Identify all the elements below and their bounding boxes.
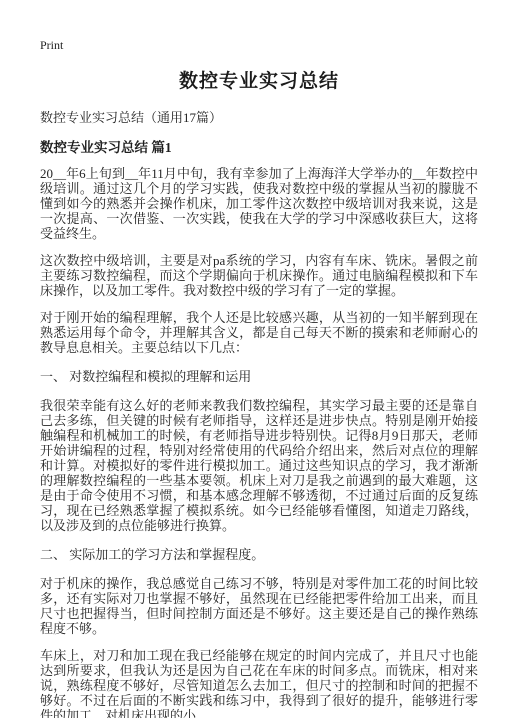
paragraph: 20__年6上旬到__年11月中旬，我有幸参加了上海海洋大学举办的__年数控中级… bbox=[40, 166, 478, 241]
paragraph: 这次数控中级培训，主要是对pa系统的学习，内容有车床、铣床。暑假之前主要练习数控… bbox=[40, 253, 478, 298]
paragraph: 对于机床的操作，我总感觉自己练习不够，特别是对零件加工花的时间比较多，还有实际对… bbox=[40, 576, 478, 636]
print-link[interactable]: Print bbox=[40, 38, 63, 52]
article-subtitle: 数控专业实习总结（通用17篇） bbox=[40, 110, 478, 126]
paragraph: 车床上，对刀和加工现在我已经能够在规定的时间内完成了，并且尺寸也能达到所要求，但… bbox=[40, 648, 478, 718]
paragraph: 我很荣幸能有这么好的老师来教我们数控编程，其实学习最主要的还是靠自己去多练，但关… bbox=[40, 398, 478, 533]
paragraph: 对于刚开始的编程理解，我个人还是比较感兴趣，从当初的一知半解到现在熟悉运用每个命… bbox=[40, 310, 478, 355]
page-title: 数控专业实习总结 bbox=[40, 70, 478, 94]
document-page: Print 数控专业实习总结 数控专业实习总结（通用17篇） 数控专业实习总结 … bbox=[0, 0, 520, 718]
numbered-section-heading: 一、 对数控编程和模拟的理解和运用 bbox=[40, 369, 478, 384]
article-body: 20__年6上旬到__年11月中旬，我有幸参加了上海海洋大学举办的__年数控中级… bbox=[40, 166, 478, 718]
article-section-heading: 数控专业实习总结 篇1 bbox=[40, 140, 478, 156]
numbered-section-heading: 二、 实际加工的学习方法和掌握程度。 bbox=[40, 547, 478, 562]
